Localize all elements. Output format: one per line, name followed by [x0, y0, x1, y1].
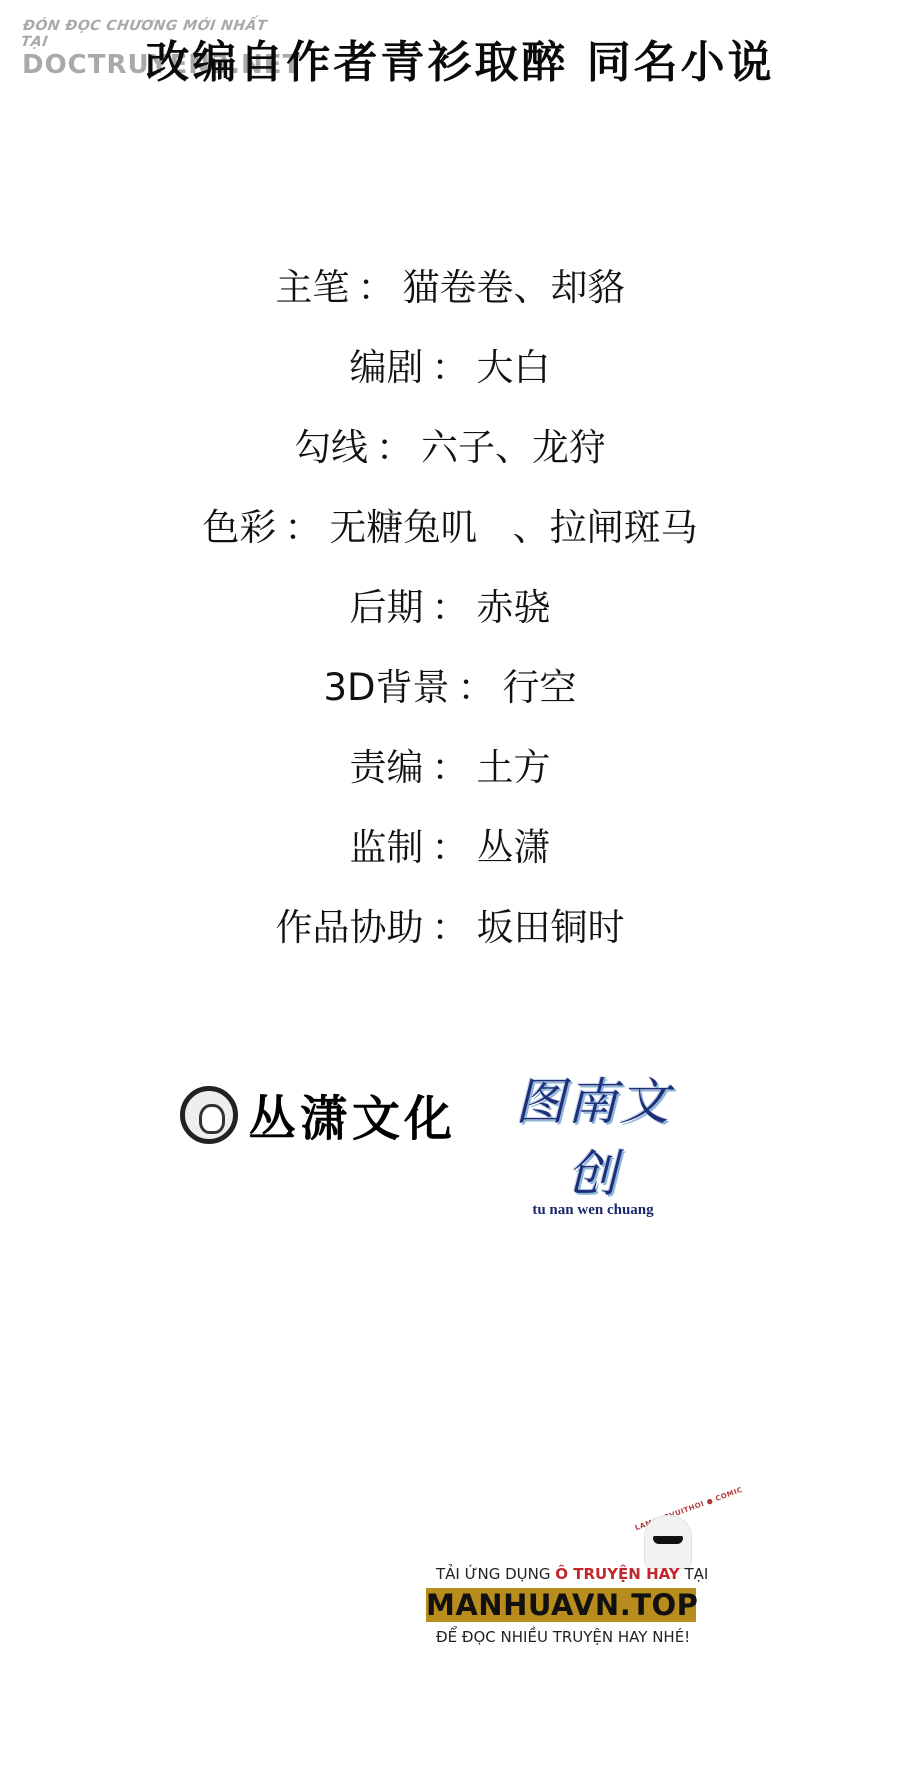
tunan-logo-english: tu nan wen chuang — [498, 1202, 688, 1219]
credit-names: 坂田铜时 — [477, 906, 625, 949]
credit-names: 无糖兔叽 、拉闸斑马 — [329, 506, 697, 549]
credit-names: 猫卷卷、却貉 — [403, 266, 625, 309]
promo-prefix: TẢI ỨNG DỤNG — [436, 1565, 555, 1583]
promo-line-3: ĐỂ ĐỌC NHIỀU TRUYỆN HAY NHÉ! — [436, 1628, 690, 1646]
credit-line-screenwriter: 编剧：大白 — [0, 328, 900, 408]
credit-separator: ： — [450, 666, 503, 709]
credit-role: 勾线 — [294, 426, 368, 469]
publisher-logos: 丛潇文化 图南文创 tu nan wen chuang — [180, 1062, 700, 1172]
page-title: 改编自作者青衫取醉 同名小说 — [0, 26, 900, 90]
mascot-badge-icon — [180, 1086, 238, 1144]
sunglasses-icon — [653, 1536, 683, 1544]
credit-role: 编剧 — [350, 346, 424, 389]
credit-separator: ： — [424, 586, 477, 629]
credit-names: 六子、龙狩 — [421, 426, 606, 469]
credit-role: 色彩 — [202, 506, 276, 549]
credit-separator: ： — [424, 906, 477, 949]
credit-line-assistance: 作品协助：坂田铜时 — [0, 888, 900, 968]
credits-list: 主笔：猫卷卷、却貉 编剧：大白 勾线：六子、龙狩 色彩：无糖兔叽 、拉闸斑马 后… — [0, 248, 900, 968]
credit-separator: ： — [424, 346, 477, 389]
promo-app-name: Ô TRUYỆN HAY — [555, 1565, 679, 1583]
tunan-logo: 图南文创 tu nan wen chuang — [498, 1062, 688, 1219]
credit-separator: ： — [350, 266, 403, 309]
credit-role: 责编 — [350, 746, 424, 789]
credit-line-lineart: 勾线：六子、龙狩 — [0, 408, 900, 488]
credit-role: 作品协助 — [276, 906, 424, 949]
credit-line-main-artist: 主笔：猫卷卷、却貉 — [0, 248, 900, 328]
tunan-logo-chinese: 图南文创 — [498, 1062, 688, 1206]
credit-line-editor: 责编：土方 — [0, 728, 900, 808]
congxiao-logo-text: 丛潇文化 — [248, 1080, 456, 1149]
credit-role: 主笔 — [276, 266, 350, 309]
promo-banner[interactable]: LAMCHOVUITHOI ● COMIC TẢI ỨNG DỤNG Ô TRU… — [426, 1505, 706, 1665]
congxiao-logo: 丛潇文化 — [180, 1080, 456, 1149]
promo-suffix: TẠI — [680, 1565, 709, 1583]
credit-separator: ： — [276, 506, 329, 549]
credit-names: 赤骁 — [477, 586, 551, 629]
credit-line-post-production: 后期：赤骁 — [0, 568, 900, 648]
credit-role: 后期 — [350, 586, 424, 629]
credit-separator: ： — [424, 826, 477, 869]
credit-names: 行空 — [503, 666, 577, 709]
credit-names: 大白 — [477, 346, 551, 389]
promo-line-1: TẢI ỨNG DỤNG Ô TRUYỆN HAY TẠI — [436, 1565, 708, 1583]
ghost-sunglasses-icon — [644, 1515, 692, 1569]
promo-site-link[interactable]: MANHUAVN.TOP — [426, 1588, 696, 1622]
credit-role: 3D背景 — [323, 666, 449, 709]
credit-line-3d-background: 3D背景：行空 — [0, 648, 900, 728]
credit-names: 丛潇 — [477, 826, 551, 869]
credit-line-colors: 色彩：无糖兔叽 、拉闸斑马 — [0, 488, 900, 568]
credit-role: 监制 — [350, 826, 424, 869]
credit-line-producer: 监制：丛潇 — [0, 808, 900, 888]
credit-separator: ： — [368, 426, 421, 469]
credit-separator: ： — [424, 746, 477, 789]
credit-names: 土方 — [477, 746, 551, 789]
